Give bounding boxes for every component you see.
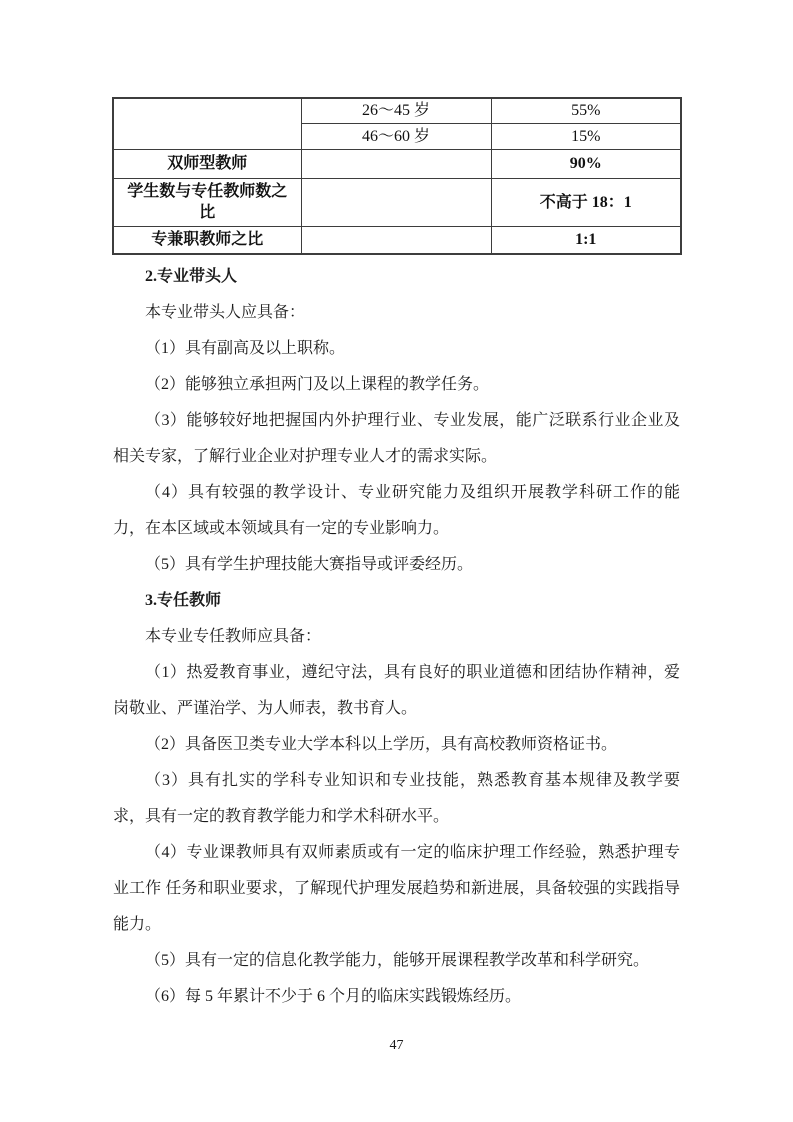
list-item: （4）专业课教师具有双师素质或有一定的临床护理工作经验，熟悉护理专业工作 任务和…	[113, 835, 680, 943]
table-cell-age-range: 46～60 岁	[301, 123, 491, 149]
list-item: （5）具有一定的信息化教学能力，能够开展课程教学改革和科学研究。	[113, 943, 680, 979]
table-cell-empty	[301, 226, 491, 254]
table-row: 学生数与专任教师数之 比 不高于 18：1	[113, 178, 681, 226]
list-item: （3）具有扎实的学科专业知识和专业技能，熟悉教育基本规律及教学要求，具有一定的教…	[113, 763, 680, 835]
table-cell-empty	[301, 178, 491, 226]
teacher-spec-table: 26～45 岁 55% 46～60 岁 15% 双师型教师 90% 学生数与专任…	[112, 97, 682, 255]
list-item: （1）具有副高及以上职称。	[113, 331, 680, 367]
table-cell-label: 双师型教师	[113, 149, 301, 178]
table-cell-value: 1:1	[491, 226, 681, 254]
table-row: 双师型教师 90%	[113, 149, 681, 178]
list-item: （5）具有学生护理技能大赛指导或评委经历。	[113, 547, 680, 583]
list-item: （3）能够较好地把握国内外护理行业、专业发展，能广泛联系行业企业及相关专家，了解…	[113, 403, 680, 475]
section-intro: 本专业专任教师应具备：	[113, 619, 680, 655]
table-cell-label: 学生数与专任教师数之 比	[113, 178, 301, 226]
table-cell-empty	[301, 149, 491, 178]
list-item: （4）具有较强的教学设计、专业研究能力及组织开展教学科研工作的能力，在本区域或本…	[113, 475, 680, 547]
table-cell-value: 不高于 18：1	[491, 178, 681, 226]
document-body: 2.专业带头人 本专业带头人应具备： （1）具有副高及以上职称。 （2）能够独立…	[113, 259, 680, 1015]
list-item: （2）具备医卫类专业大学本科以上学历，具有高校教师资格证书。	[113, 727, 680, 763]
page-number: 47	[0, 1038, 793, 1054]
table-row: 26～45 岁 55%	[113, 98, 681, 123]
section-heading: 2.专业带头人	[113, 259, 680, 295]
table-cell-label: 专兼职教师之比	[113, 226, 301, 254]
table-cell-value: 15%	[491, 123, 681, 149]
table-row: 专兼职教师之比 1:1	[113, 226, 681, 254]
section-intro: 本专业带头人应具备：	[113, 295, 680, 331]
table-cell-value: 55%	[491, 98, 681, 123]
table-cell-value: 90%	[491, 149, 681, 178]
table-cell-category-empty	[113, 98, 301, 149]
list-item: （6）每 5 年累计不少于 6 个月的临床实践锻炼经历。	[113, 979, 680, 1015]
document-page: 26～45 岁 55% 46～60 岁 15% 双师型教师 90% 学生数与专任…	[0, 0, 793, 1122]
table-cell-age-range: 26～45 岁	[301, 98, 491, 123]
list-item: （1）热爱教育事业，遵纪守法，具有良好的职业道德和团结协作精神，爱岗敬业、严谨治…	[113, 655, 680, 727]
list-item: （2）能够独立承担两门及以上课程的教学任务。	[113, 367, 680, 403]
section-heading: 3.专任教师	[113, 583, 680, 619]
